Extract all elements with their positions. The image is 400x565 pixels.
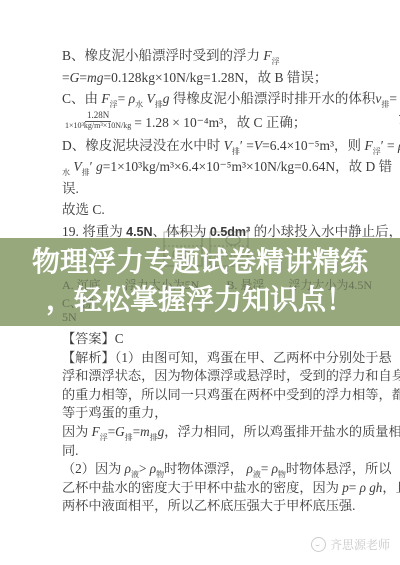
solution-line: 1.28N1×10³kg/m³×10N/kg = 1.28 × 10⁻⁴m³，故… xyxy=(62,109,394,134)
solution-line: =G=mg=0.128kg×10N/kg=1.28N，故 B 错误； xyxy=(62,66,394,88)
article-headline: 物理浮力专题试卷精讲精练 ，轻松掌握浮力知识点！ xyxy=(0,243,400,319)
solution-line: C、由 F浮= ρ水 V排g 得橡皮泥小船漂浮时排开水的体积v排=F浮ρ水g= xyxy=(62,87,394,109)
solution-line: 故选 C. xyxy=(62,198,394,220)
headline-line-2: ，轻松掌握浮力知识点！ xyxy=(0,281,400,319)
analysis-line: 两杯中液面相平，所以乙杯底压强大于甲杯底压强. xyxy=(62,495,396,514)
analysis-line: 的重力相等，所以同一只鸡蛋在两杯中受到的浮力相等，都 xyxy=(62,384,396,403)
analysis-line: 浮和漂浮状态，因为物体漂浮或悬浮时，受到的浮力和自身 xyxy=(62,365,396,384)
solution-line: 水 V排′ g=1×10³kg/m³×6.4×10⁻⁵m³×10N/kg=0.6… xyxy=(62,155,394,177)
solution-line: 误. xyxy=(62,177,394,199)
watermark-logo-icon xyxy=(311,537,326,552)
analysis-line: 乙杯中盐水的密度大于甲杯中盐水的密度，因为 p= ρ gh，且 xyxy=(62,477,396,496)
analysis-line: 因为 F浮=G排=m排g，浮力相同，所以鸡蛋排开盐水的质量相 xyxy=(62,421,396,440)
analysis-line: 【解析】（1）由图可知，鸡蛋在甲、乙两杯中分别处于悬 xyxy=(62,347,396,366)
answer-line: 【答案】C xyxy=(62,328,396,347)
analysis-line: （2）因为 ρ液> ρ物时物体漂浮， ρ液= ρ物时物体悬浮，所以 xyxy=(62,458,396,477)
title-overlay-band: A. 沉底 浮力大小为5N B. 悬浮 浮力大小为4.5N C、漂 5N 物理浮… xyxy=(0,238,400,326)
headline-line-1: 物理浮力专题试卷精讲精练 xyxy=(0,243,400,281)
analysis-line: 同. xyxy=(62,440,396,459)
solution-line: B、橡皮泥小船漂浮时受到的浮力 F浮 xyxy=(62,44,394,66)
solution-line: D、橡皮泥块浸没在水中时 V排′ =V=6.4×10⁻⁵m³，则 F浮′ = ρ xyxy=(62,134,394,156)
watermark-label: 齐思源老师 xyxy=(330,536,390,553)
document-page: B、橡皮泥小船漂浮时受到的浮力 F浮 =G=mg=0.128kg×10N/kg=… xyxy=(0,0,400,565)
answer-analysis-block: 【答案】C 【解析】（1）由图可知，鸡蛋在甲、乙两杯中分别处于悬 浮和漂浮状态，… xyxy=(62,328,396,514)
watermark: 齐思源老师 xyxy=(311,536,390,553)
analysis-line: 等于鸡蛋的重力， xyxy=(62,402,396,421)
